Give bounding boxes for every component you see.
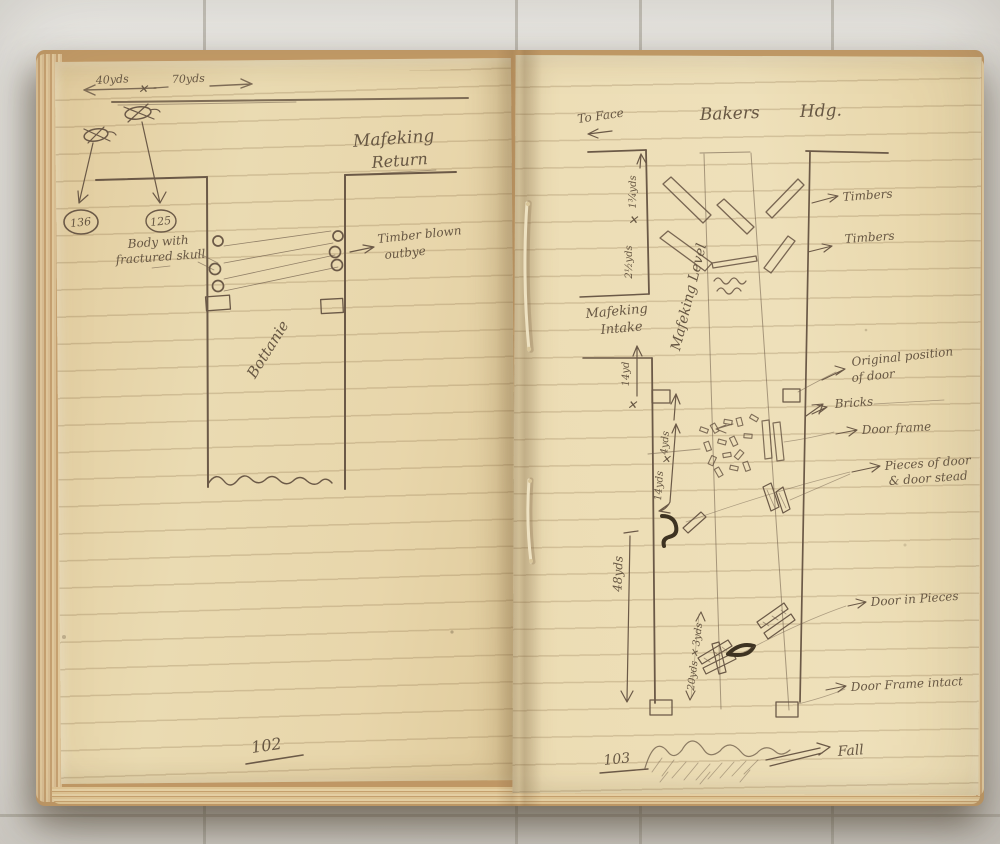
paper-spots [62,329,907,639]
bakers-heading-roadway [580,150,888,710]
body-marker-125: 125 [146,210,176,232]
fall-label: Fall [836,742,864,760]
right-page-number: 103 [600,750,648,773]
long-dimension-48yds: 48yds [610,531,638,702]
dimension-text: 14yd [621,362,632,387]
label-bricks: Bricks [833,394,873,411]
body-position-symbols [78,104,166,203]
label-door-frame-intact: Door Frame intact [849,674,963,694]
dimension-text: 1¾yds [628,175,639,208]
left-page-number: 102 [246,734,303,764]
dimension-text: 48yds [610,556,625,593]
label-timbers: Timbers [844,229,895,246]
timbers-drawing [660,177,804,294]
binding-stitch-threads [525,202,533,563]
page-number: 102 [250,734,283,757]
cross-mark: ✕ [628,213,639,227]
timber-annotation: Timber blown outbye [350,223,462,262]
mid-dimension: 4yds ✕ 14yds [653,424,680,513]
marker-number: 136 [70,215,92,230]
notebook-drawing-layer: 40yds ✕ 70yds 136 125 [0,0,1000,844]
fall-drawing: Fall [645,741,864,784]
title-word: Hdg. [798,101,842,122]
cross-mark: ✕ [138,82,149,96]
to-face-annotation: To Face [576,106,624,138]
dimension-text: 20yds ✕ 3yds [686,622,705,692]
title-word: Bakers [698,103,760,125]
door-frame-pieces [763,483,790,513]
annotation-line: Timber blown [377,223,462,246]
right-page-title: Bakers Hdg. [698,101,842,125]
dimension-70yds: 70yds [172,72,206,86]
marker-number: 125 [150,214,172,229]
diagonal-label: Bottanie [243,317,293,382]
bottom-stoppings [650,700,798,717]
annotation-line: outbye [384,244,427,262]
mafeking-intake: Mafeking Intake 14yd ✕ [584,302,648,412]
label-timbers: Timbers [842,187,893,204]
title-line: Mafeking [351,126,435,152]
label-door-in-pieces: Door in Pieces [869,589,959,609]
cross-mark: ✕ [627,398,638,412]
right-side-labels: Timbers Timbers Original position of doo… [686,187,972,704]
annotation-line: To Face [576,106,624,126]
dimension-40yds: 40yds [94,72,129,87]
page-number: 103 [603,750,631,769]
junction-stopping [652,390,680,420]
dimension-text: 14yds [653,471,666,502]
label-original-position: Original position [851,344,954,369]
left-page-title: Mafeking Return [351,126,436,174]
cross-mark: ✕ [661,453,671,466]
label-door-frame: Door frame [860,419,931,437]
dimension-text: 2½yds [624,245,635,279]
body-marker-136: 136 [64,210,98,234]
intake-line: Intake [599,319,644,338]
left-top-dimension: 40yds ✕ 70yds [84,72,468,105]
door-in-pieces-drawing [698,640,754,674]
title-line: Return [370,149,428,172]
label-original-position: of door [851,366,897,385]
body-annotation: Body with fractured skull [114,233,218,270]
upper-door-pieces [757,603,795,639]
top-dimensions: 1¾yds ✕ 2½yds [624,154,646,280]
photo-of-open-notebook: 40yds ✕ 70yds 136 125 [0,0,1000,844]
